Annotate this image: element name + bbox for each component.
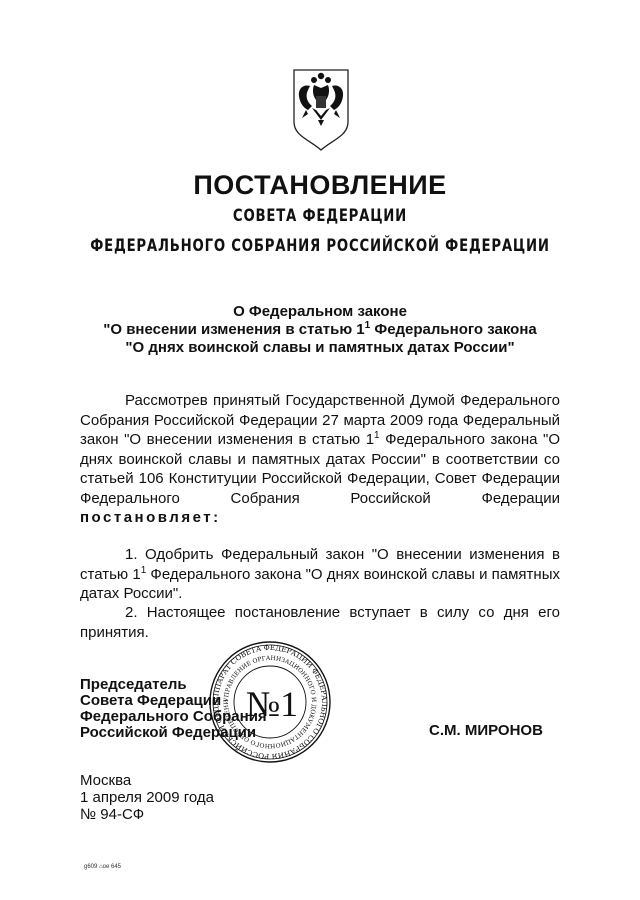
subject-line-2-text: "О внесении изменения в статью 1 bbox=[103, 321, 364, 338]
item-1-paragraph: 1. Одобрить Федеральный закон "О внесени… bbox=[80, 545, 560, 604]
item-2-paragraph: 2. Настоящее постановление вступает в си… bbox=[80, 603, 560, 642]
subject-line-2-tail: Федерального закона bbox=[370, 321, 537, 338]
signatory-name: С.М. МИРОНОВ bbox=[429, 722, 543, 739]
document-subtitle-assembly: ФЕДЕРАЛЬНОГО СОБРАНИЯ РОССИЙСКОЙ ФЕДЕРАЦ… bbox=[70, 236, 569, 256]
official-seal-stamp: АППАРАТ СОВЕТА ФЕДЕРАЦИИ ФЕДЕРАЛЬНОГО СО… bbox=[205, 640, 335, 765]
date: 1 апреля 2009 года bbox=[80, 789, 214, 806]
place-and-date: Москва 1 апреля 2009 года № 94-СФ bbox=[80, 772, 214, 823]
document-subtitle-council: СОВЕТА ФЕДЕРАЦИИ bbox=[70, 206, 569, 226]
subject-line-2: "О внесении изменения в статью 11 Федера… bbox=[0, 321, 640, 339]
item-1-text-tail: Федерального закона "О днях воинской сла… bbox=[80, 566, 560, 603]
document-number: № 94-СФ bbox=[80, 806, 214, 823]
preamble-paragraph: Рассмотрев принятый Государственной Думо… bbox=[80, 391, 560, 528]
footer-code: g609 ⌂oe 645 bbox=[84, 864, 121, 870]
subject-line-1: О Федеральном законе bbox=[0, 303, 640, 321]
document-page: ПОСТАНОВЛЕНИЕ СОВЕТА ФЕДЕРАЦИИ ФЕДЕРАЛЬН… bbox=[0, 0, 640, 900]
resolves-word: постановляет: bbox=[80, 509, 221, 526]
document-title: ПОСТАНОВЛЕНИЕ bbox=[0, 170, 640, 201]
coat-of-arms-icon bbox=[288, 66, 354, 152]
svg-text:№1: №1 bbox=[246, 684, 298, 724]
subject-line-3: "О днях воинской славы и памятных датах … bbox=[0, 339, 640, 357]
document-subject: О Федеральном законе "О внесении изменен… bbox=[0, 303, 640, 357]
city: Москва bbox=[80, 772, 214, 789]
